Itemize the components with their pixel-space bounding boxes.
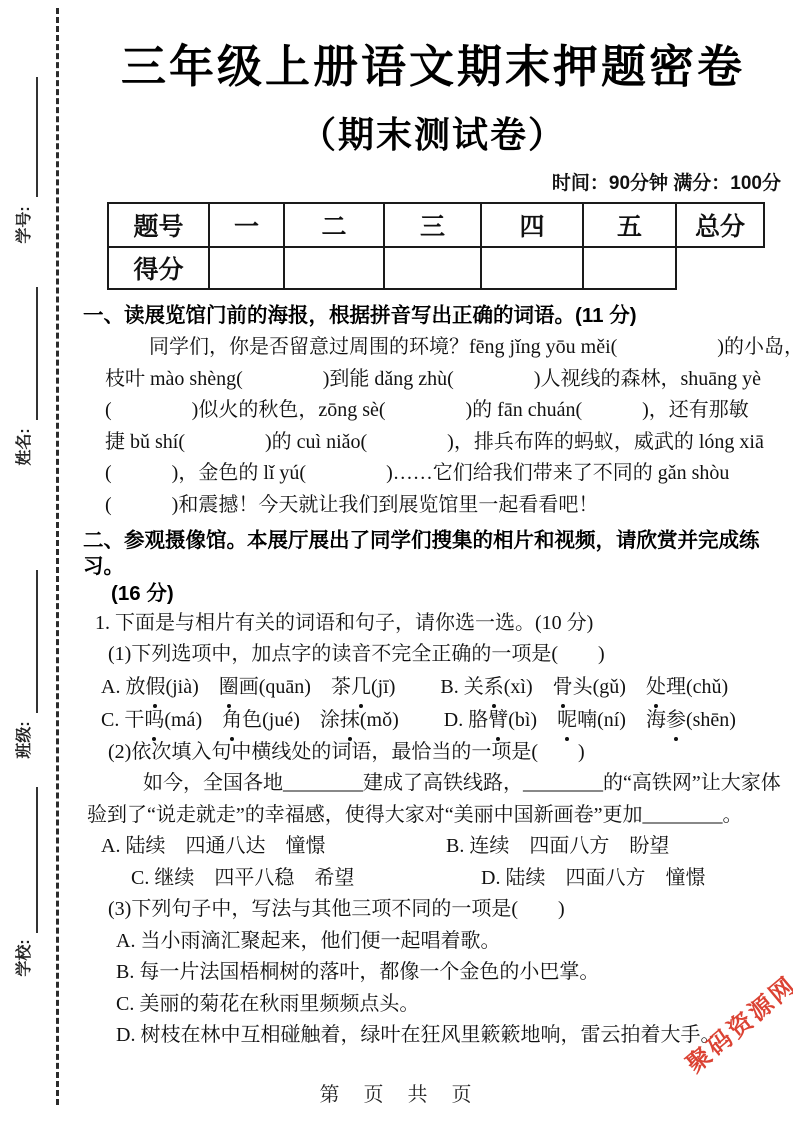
question-1-stem: 1. 下面是与相片有关的词语和句子，请你选一选。(10 分): [83, 607, 783, 639]
sentence-option-c: C. 美丽的菊花在秋雨里频频点头。: [83, 989, 783, 1021]
score-table-header-cell: 题号: [108, 203, 209, 247]
school-label: 学校:: [15, 925, 35, 991]
option-b: B. 连续 四面八方 盼望: [446, 831, 783, 863]
sentence-option-d: D. 树枝在林中互相碰触着，绿叶在狂风里簌簌地响，雷云拍着大手。: [83, 1020, 783, 1052]
time-score-info: 时间：90分钟 满分：100分: [83, 172, 783, 196]
student-id-label: 学号:: [15, 192, 35, 258]
passage-line: ( )似火的秋色，zōng sè( )的 fān chuán( )，还有那敏: [83, 395, 783, 427]
sentence-option-a: A. 当小雨滴汇聚起来，他们便一起唱着歌。: [83, 926, 783, 958]
score-table-header-cell: 二: [284, 203, 384, 247]
class-label: 班级:: [15, 707, 35, 773]
question-1-2-stem: (2)依次填入句中横线处的词语，最恰当的一项是( ): [83, 737, 783, 769]
exam-subtitle: （期末测试卷）: [83, 112, 783, 158]
option-a: A. 陆续 四通八达 憧憬: [101, 831, 446, 863]
passage-line: 枝叶 mào shèng( )到能 dǎng zhù( )人视线的森林，shuā…: [83, 364, 783, 396]
score-table-header-cell: 三: [384, 203, 481, 247]
score-table-header-cell: 五: [583, 203, 676, 247]
pinyin-option-row-cd: C. 干吗(má) 角色(jué) 涂抹(mǒ) D. 胳臂(bì) 呢喃(ní…: [83, 704, 783, 737]
score-table-header-cell: 四: [481, 203, 583, 247]
score-table-header-cell: 一: [209, 203, 284, 247]
passage-line: 捷 bǔ shí( )的 cuì niǎo( )，排兵布阵的蚂蚁，威武的 lón…: [83, 427, 783, 459]
score-cell: [583, 247, 676, 289]
score-table: 题号 一 二 三 四 五 总分 得分: [107, 202, 765, 290]
score-cell: [384, 247, 481, 289]
name-label: 姓名:: [15, 414, 35, 480]
section-2-heading-points: (16 分): [83, 580, 783, 607]
paper-content: 三年级上册语文期末押题密卷 （期末测试卷） 时间：90分钟 满分：100分 题号…: [83, 26, 783, 1052]
option-row: A. 陆续 四通八达 憧憬 B. 连续 四面八方 盼望: [83, 831, 783, 863]
fill-paragraph-line: 如今，全国各地________建成了高铁线路，________的“高铁网”让大家…: [83, 768, 783, 800]
passage-line: 同学们，你是否留意过周围的环境？fēng jǐng yōu měi( )的小岛，: [83, 332, 783, 364]
school-blank-line: [36, 787, 38, 933]
class-blank-line: [36, 570, 38, 713]
passage-line: ( )和震撼！今天就让我们到展览馆里一起看看吧！: [83, 490, 783, 522]
score-cell: [209, 247, 284, 289]
option-row: C. 继续 四平八稳 希望 D. 陆续 四面八方 憧憬: [83, 863, 783, 895]
question-1-1-stem: (1)下列选项中，加点字的读音不完全正确的一项是( ): [83, 639, 783, 671]
exam-title: 三年级上册语文期末押题密卷: [83, 36, 783, 98]
section-2-heading: 二、参观摄像馆。本展厅展出了同学们搜集的相片和视频，请欣赏并完成练习。: [83, 528, 783, 580]
name-blank-line: [36, 287, 38, 420]
page-number-footer: 第 页 共 页: [0, 1082, 793, 1108]
pinyin-passage: 同学们，你是否留意过周围的环境？fēng jǐng yōu měi( )的小岛，…: [83, 332, 783, 521]
pinyin-option-row-ab: A. 放假(jià) 圈画(quān) 茶几(jī) B. 关系(xì) 骨头(…: [83, 671, 783, 704]
student-id-blank-line: [36, 77, 38, 197]
exam-paper-page: 学号: 姓名: 班级: 学校: 三年级上册语文期末押题密卷 （期末测试卷） 时间…: [0, 0, 793, 1122]
score-table-header-cell: 总分: [676, 203, 764, 247]
score-cell: [284, 247, 384, 289]
section-1-heading: 一、读展览馆门前的海报，根据拼音写出正确的词语。(11 分): [83, 303, 783, 329]
option-c: C. 继续 四平八稳 希望: [101, 863, 446, 895]
fill-paragraph-line: 验到了“说走就走”的幸福感，使得大家对“美丽中国新画卷”更加________。: [83, 800, 783, 832]
score-cell: [481, 247, 583, 289]
option-d: D. 陆续 四面八方 憧憬: [446, 863, 783, 895]
cut-dashed-line: [56, 8, 59, 1105]
passage-line: ( )，金色的 lǐ yú( )……它们给我们带来了不同的 gǎn shòu: [83, 458, 783, 490]
sentence-option-b: B. 每一片法国梧桐树的落叶，都像一个金色的小巴掌。: [83, 957, 783, 989]
score-row-label: 得分: [108, 247, 209, 289]
question-1-3-stem: (3)下列句子中，写法与其他三项不同的一项是( ): [83, 894, 783, 926]
